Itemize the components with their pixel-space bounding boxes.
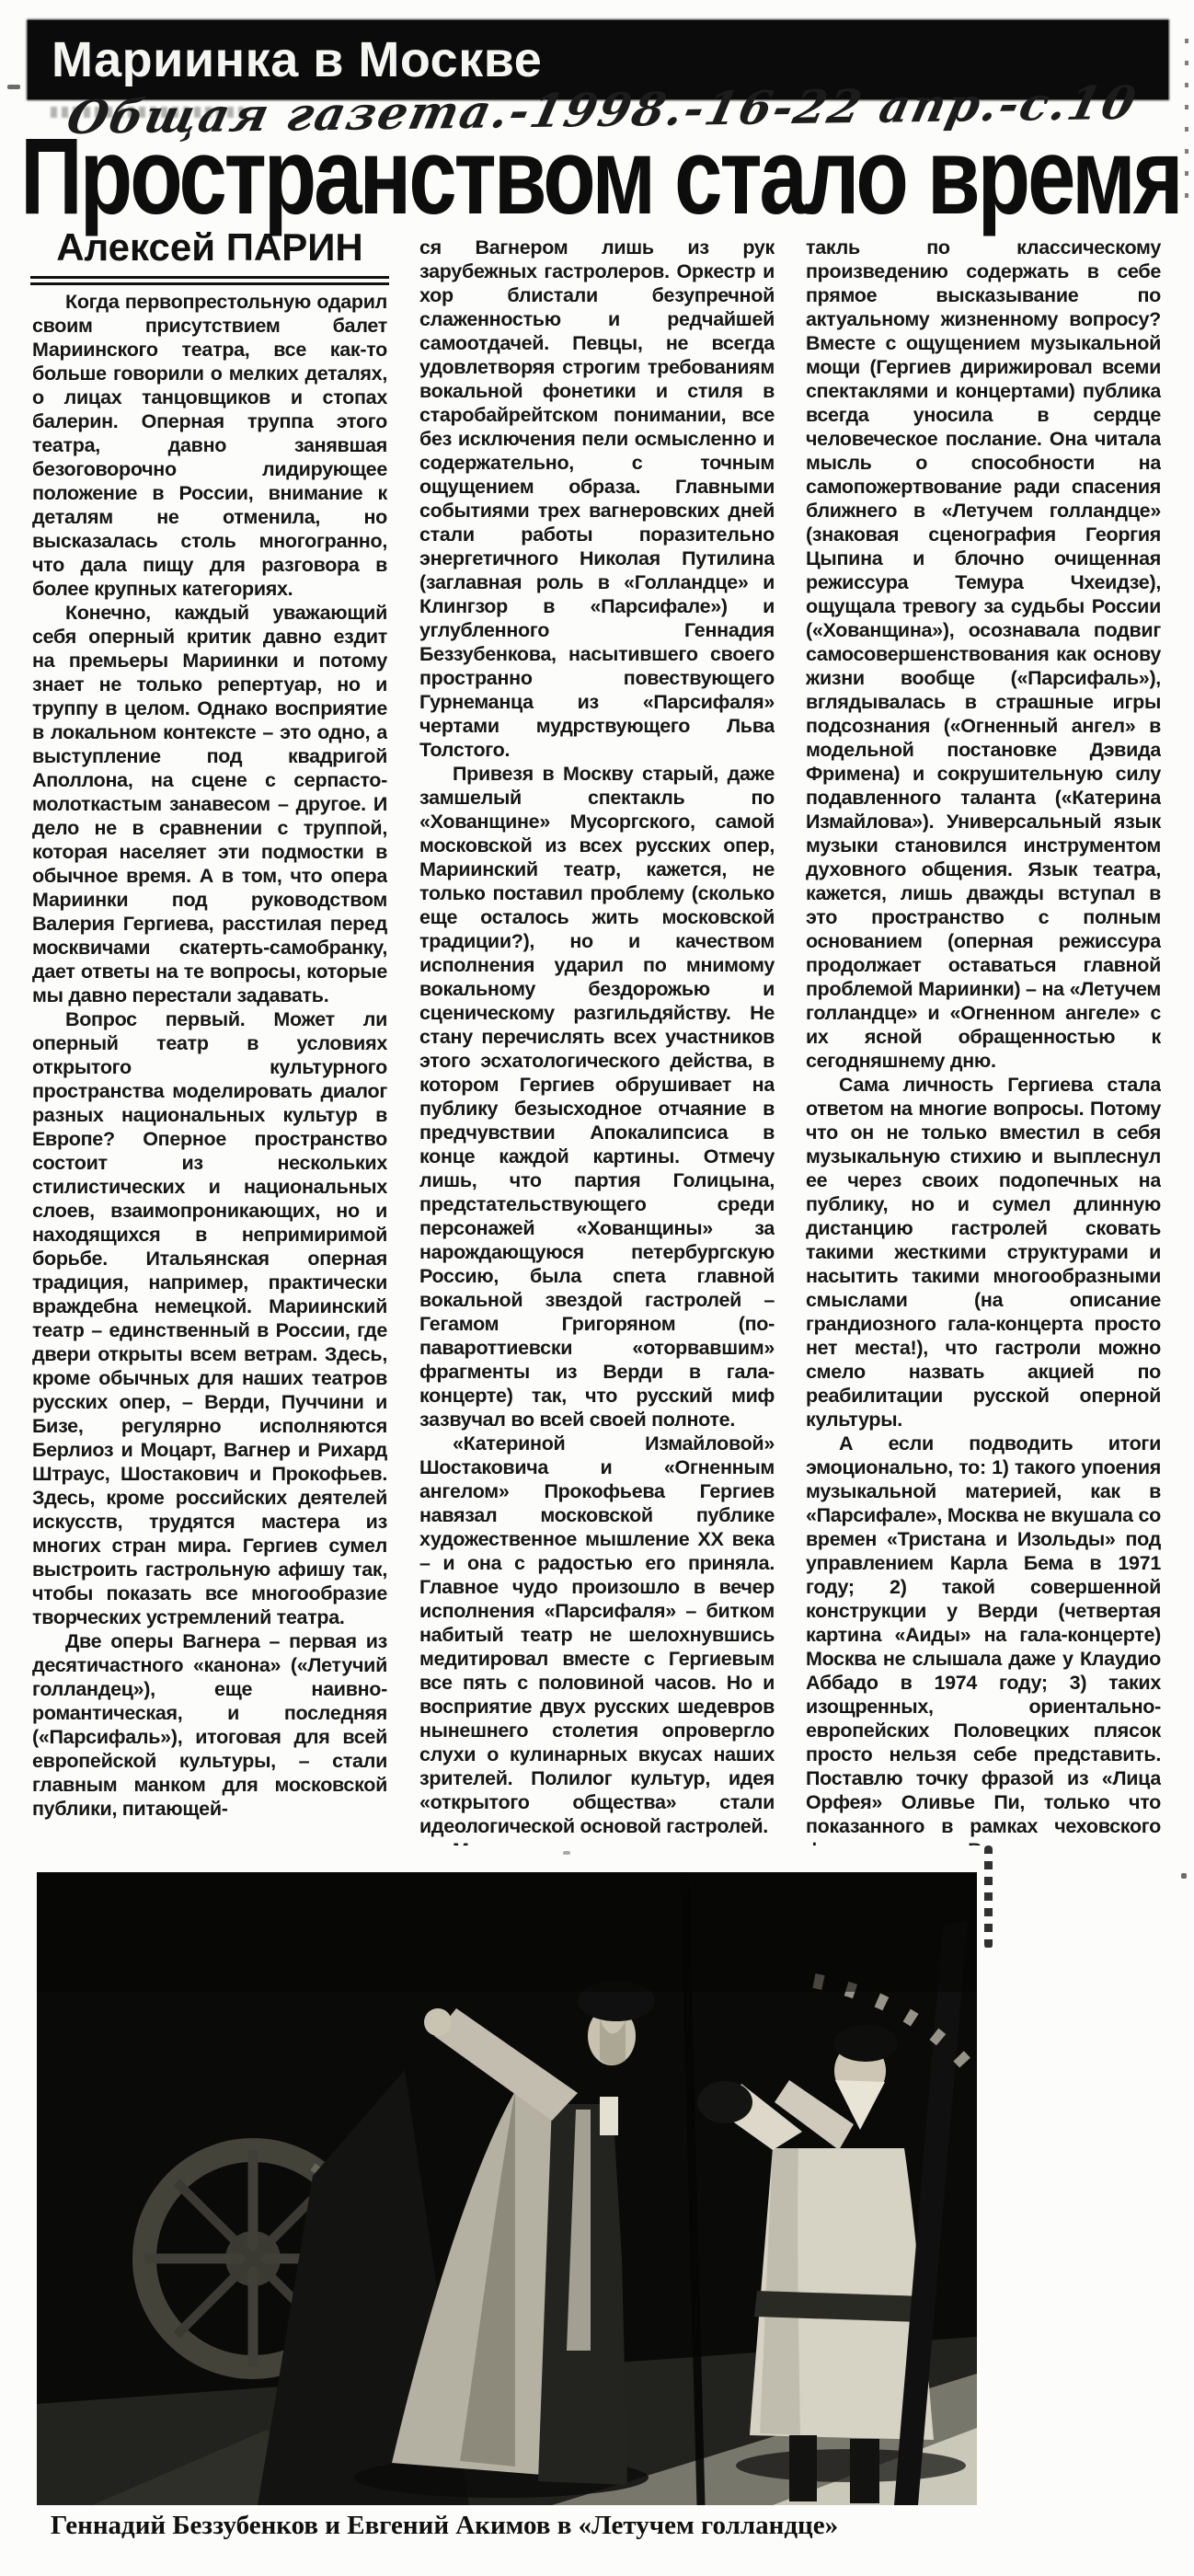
section-label: Мариинка в Москве [52, 32, 542, 87]
article-paragraph: Конечно, каждый уважающий себя оперный к… [32, 601, 387, 1007]
article-byline: Алексей ПАРИН [30, 226, 389, 285]
article-headline: Пространством стало время [20, 125, 1181, 228]
article-paragraph: Две оперы Вагнера – первая из десятичаст… [32, 1629, 387, 1821]
article-paragraph: Привезя в Москву старый, даже замшелый с… [419, 762, 775, 1432]
newspaper-scan-page: Мариинка в Москве Общая газета.-1998.-16… [0, 0, 1194, 2576]
article-column-3: такль по классическому произведению соде… [806, 236, 1161, 1846]
article-paragraph: Сама личность Гергиева стала ответом на … [806, 1073, 1161, 1432]
photo-caption: Геннадий Беззубенков и Евгений Акимов в … [51, 2510, 961, 2541]
article-paragraph: ся Вагнером лишь из рук зарубежных гастр… [419, 236, 775, 762]
photo-credit-marks [984, 1846, 993, 1949]
article-paragraph: «Катериной Измайловой» Шостаковича и «Ог… [419, 1432, 775, 1838]
article-paragraph: Вопрос первый. Может ли оперный театр в … [32, 1007, 387, 1629]
article-paragraph: А если подводить итоги эмоционально, то:… [806, 1432, 1161, 1846]
scan-speck [1181, 1873, 1187, 1879]
article-paragraph: такль по классическому произведению соде… [806, 236, 1161, 1073]
article-paragraph: Мариинка ответила еще на один вопрос – м… [419, 1838, 775, 1846]
article-paragraph: Когда первопрестольную одарил своим прис… [32, 290, 387, 601]
scan-edge-specks [1185, 39, 1188, 204]
performance-photo-illustration [37, 1872, 977, 2505]
article-column-1: Когда первопрестольную одарил своим прис… [32, 290, 387, 1846]
scan-speck [563, 1851, 570, 1855]
article-column-2: ся Вагнером лишь из рук зарубежных гастр… [419, 236, 775, 1846]
performance-photo [37, 1872, 977, 2505]
scan-speck [7, 85, 20, 89]
